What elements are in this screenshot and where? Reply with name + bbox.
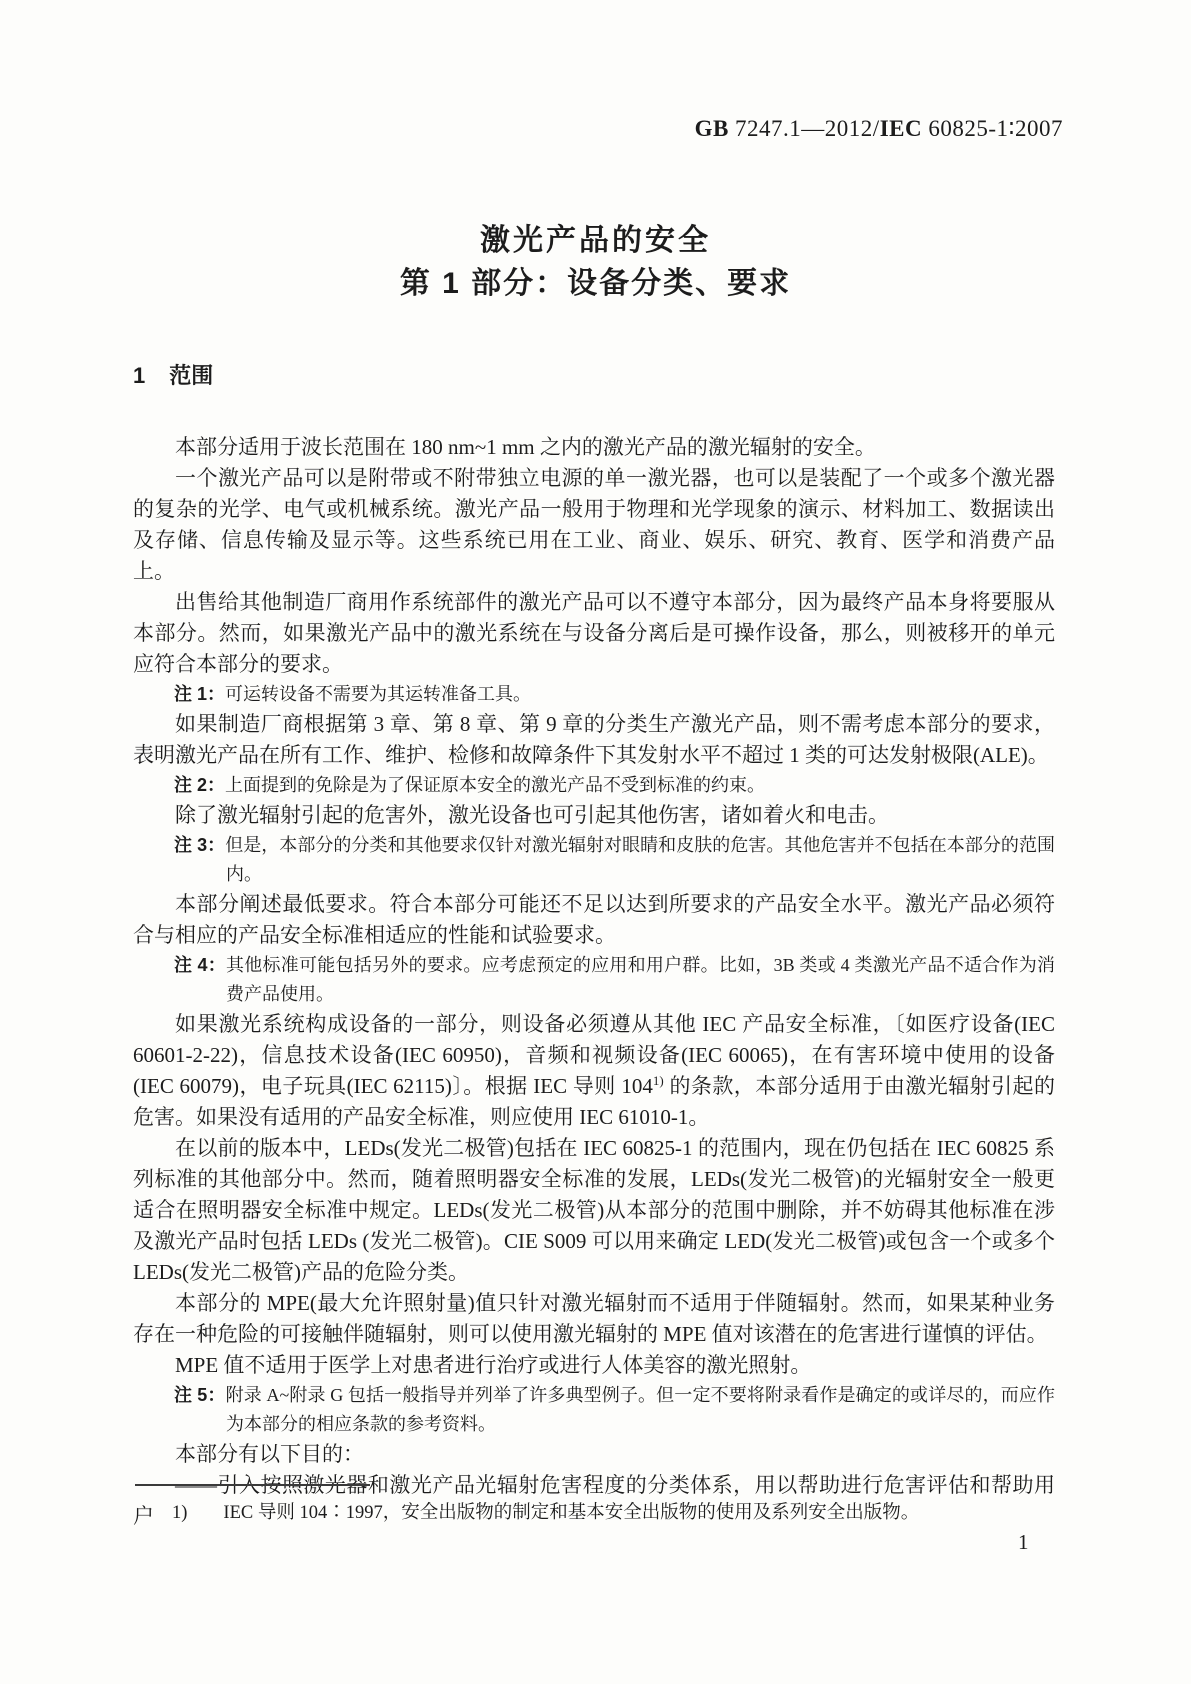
paragraph: 在以前的版本中，LEDs(发光二极管)包括在 IEC 60825-1 的范围内，… xyxy=(133,1133,1055,1288)
section-number: 1 xyxy=(133,363,145,388)
paragraph: 本部分有以下目的： xyxy=(133,1439,1055,1470)
footnote-divider xyxy=(135,1484,370,1486)
footnote-text: IEC 导则 104∶1997，安全出版物的制定和基本安全出版物的使用及系列安全… xyxy=(223,1503,919,1523)
note-text: 其他标准可能包括另外的要求。应考虑预定的应用和用户群。比如，3B 类或 4 类激… xyxy=(226,955,1055,1004)
note-1: 注 1：可运转设备不需要为其运转准备工具。 xyxy=(133,680,1055,709)
note-5: 注 5：附录 A~附录 G 包括一般指导并列举了许多典型例子。但一定不要将附录看… xyxy=(133,1381,1055,1439)
document-page: GB 7247.1—2012/IEC 60825-1∶2007 激光产品的安全 … xyxy=(0,0,1191,1684)
paragraph-with-footnote-ref: 如果激光系统构成设备的一部分，则设备必须遵从其他 IEC 产品安全标准，〔如医疗… xyxy=(133,1009,1055,1133)
paragraph: 本部分适用于波长范围在 180 nm~1 mm 之内的激光产品的激光辐射的安全。 xyxy=(133,432,1055,463)
note-label: 注 3： xyxy=(174,835,225,855)
paragraph: 本部分的 MPE(最大允许照射量)值只针对激光辐射而不适用于伴随辐射。然而，如果… xyxy=(133,1288,1055,1350)
page-number: 1 xyxy=(1018,1530,1029,1555)
note-label: 注 1： xyxy=(174,684,225,704)
paragraph: 如果制造厂商根据第 3 章、第 8 章、第 9 章的分类生产激光产品，则不需考虑… xyxy=(133,709,1055,771)
note-2: 注 2：上面提到的免除是为了保证原本安全的激光产品不受到标准的约束。 xyxy=(133,771,1055,800)
note-text: 上面提到的免除是为了保证原本安全的激光产品不受到标准的约束。 xyxy=(225,775,765,795)
paragraph: MPE 值不适用于医学上对患者进行治疗或进行人体美容的激光照射。 xyxy=(133,1350,1055,1381)
paragraph: 除了激光辐射引起的危害外，激光设备也可引起其他伤害，诸如着火和电击。 xyxy=(133,800,1055,831)
note-text: 可运转设备不需要为其运转准备工具。 xyxy=(225,684,531,704)
standard-gb-prefix: GB xyxy=(695,116,729,141)
title-block: 激光产品的安全 第 1 部分：设备分类、要求 xyxy=(0,224,1191,301)
standard-gb-number: 7247.1—2012/ xyxy=(729,116,880,141)
paragraph: 本部分阐述最低要求。符合本部分可能还不足以达到所要求的产品安全水平。激光产品必须… xyxy=(133,889,1055,951)
footnote-block: 1)IEC 导则 104∶1997，安全出版物的制定和基本安全出版物的使用及系列… xyxy=(133,1484,1055,1527)
paragraph: 出售给其他制造厂商用作系统部件的激光产品可以不遵守本部分，因为最终产品本身将要服… xyxy=(133,587,1055,680)
note-text: 但是，本部分的分类和其他要求仅针对激光辐射对眼睛和皮肤的危害。其他危害并不包括在… xyxy=(225,835,1055,884)
note-3: 注 3：但是，本部分的分类和其他要求仅针对激光辐射对眼睛和皮肤的危害。其他危害并… xyxy=(133,831,1055,889)
document-subtitle: 第 1 部分：设备分类、要求 xyxy=(0,267,1191,301)
paragraph: 一个激光产品可以是附带或不附带独立电源的单一激光器，也可以是装配了一个或多个激光… xyxy=(133,463,1055,587)
standard-iec-prefix: IEC xyxy=(880,116,922,141)
standard-iec-number: 60825-1∶2007 xyxy=(922,116,1063,141)
section-heading: 1范围 xyxy=(133,362,1055,390)
footnote: 1)IEC 导则 104∶1997，安全出版物的制定和基本安全出版物的使用及系列… xyxy=(133,1500,1055,1527)
document-title: 激光产品的安全 xyxy=(0,224,1191,258)
main-content: 1范围 本部分适用于波长范围在 180 nm~1 mm 之内的激光产品的激光辐射… xyxy=(133,362,1055,1532)
note-label: 注 2： xyxy=(174,775,225,795)
footnote-marker: 1) xyxy=(653,1073,664,1088)
footnote-label: 1) xyxy=(172,1503,187,1523)
note-label: 注 4： xyxy=(174,955,226,975)
standard-number-header: GB 7247.1—2012/IEC 60825-1∶2007 xyxy=(695,116,1063,142)
note-label: 注 5： xyxy=(174,1385,226,1405)
note-text: 附录 A~附录 G 包括一般指导并列举了许多典型例子。但一定不要将附录看作是确定… xyxy=(226,1385,1055,1434)
section-title: 范围 xyxy=(169,363,213,388)
note-4: 注 4：其他标准可能包括另外的要求。应考虑预定的应用和用户群。比如，3B 类或 … xyxy=(133,951,1055,1009)
